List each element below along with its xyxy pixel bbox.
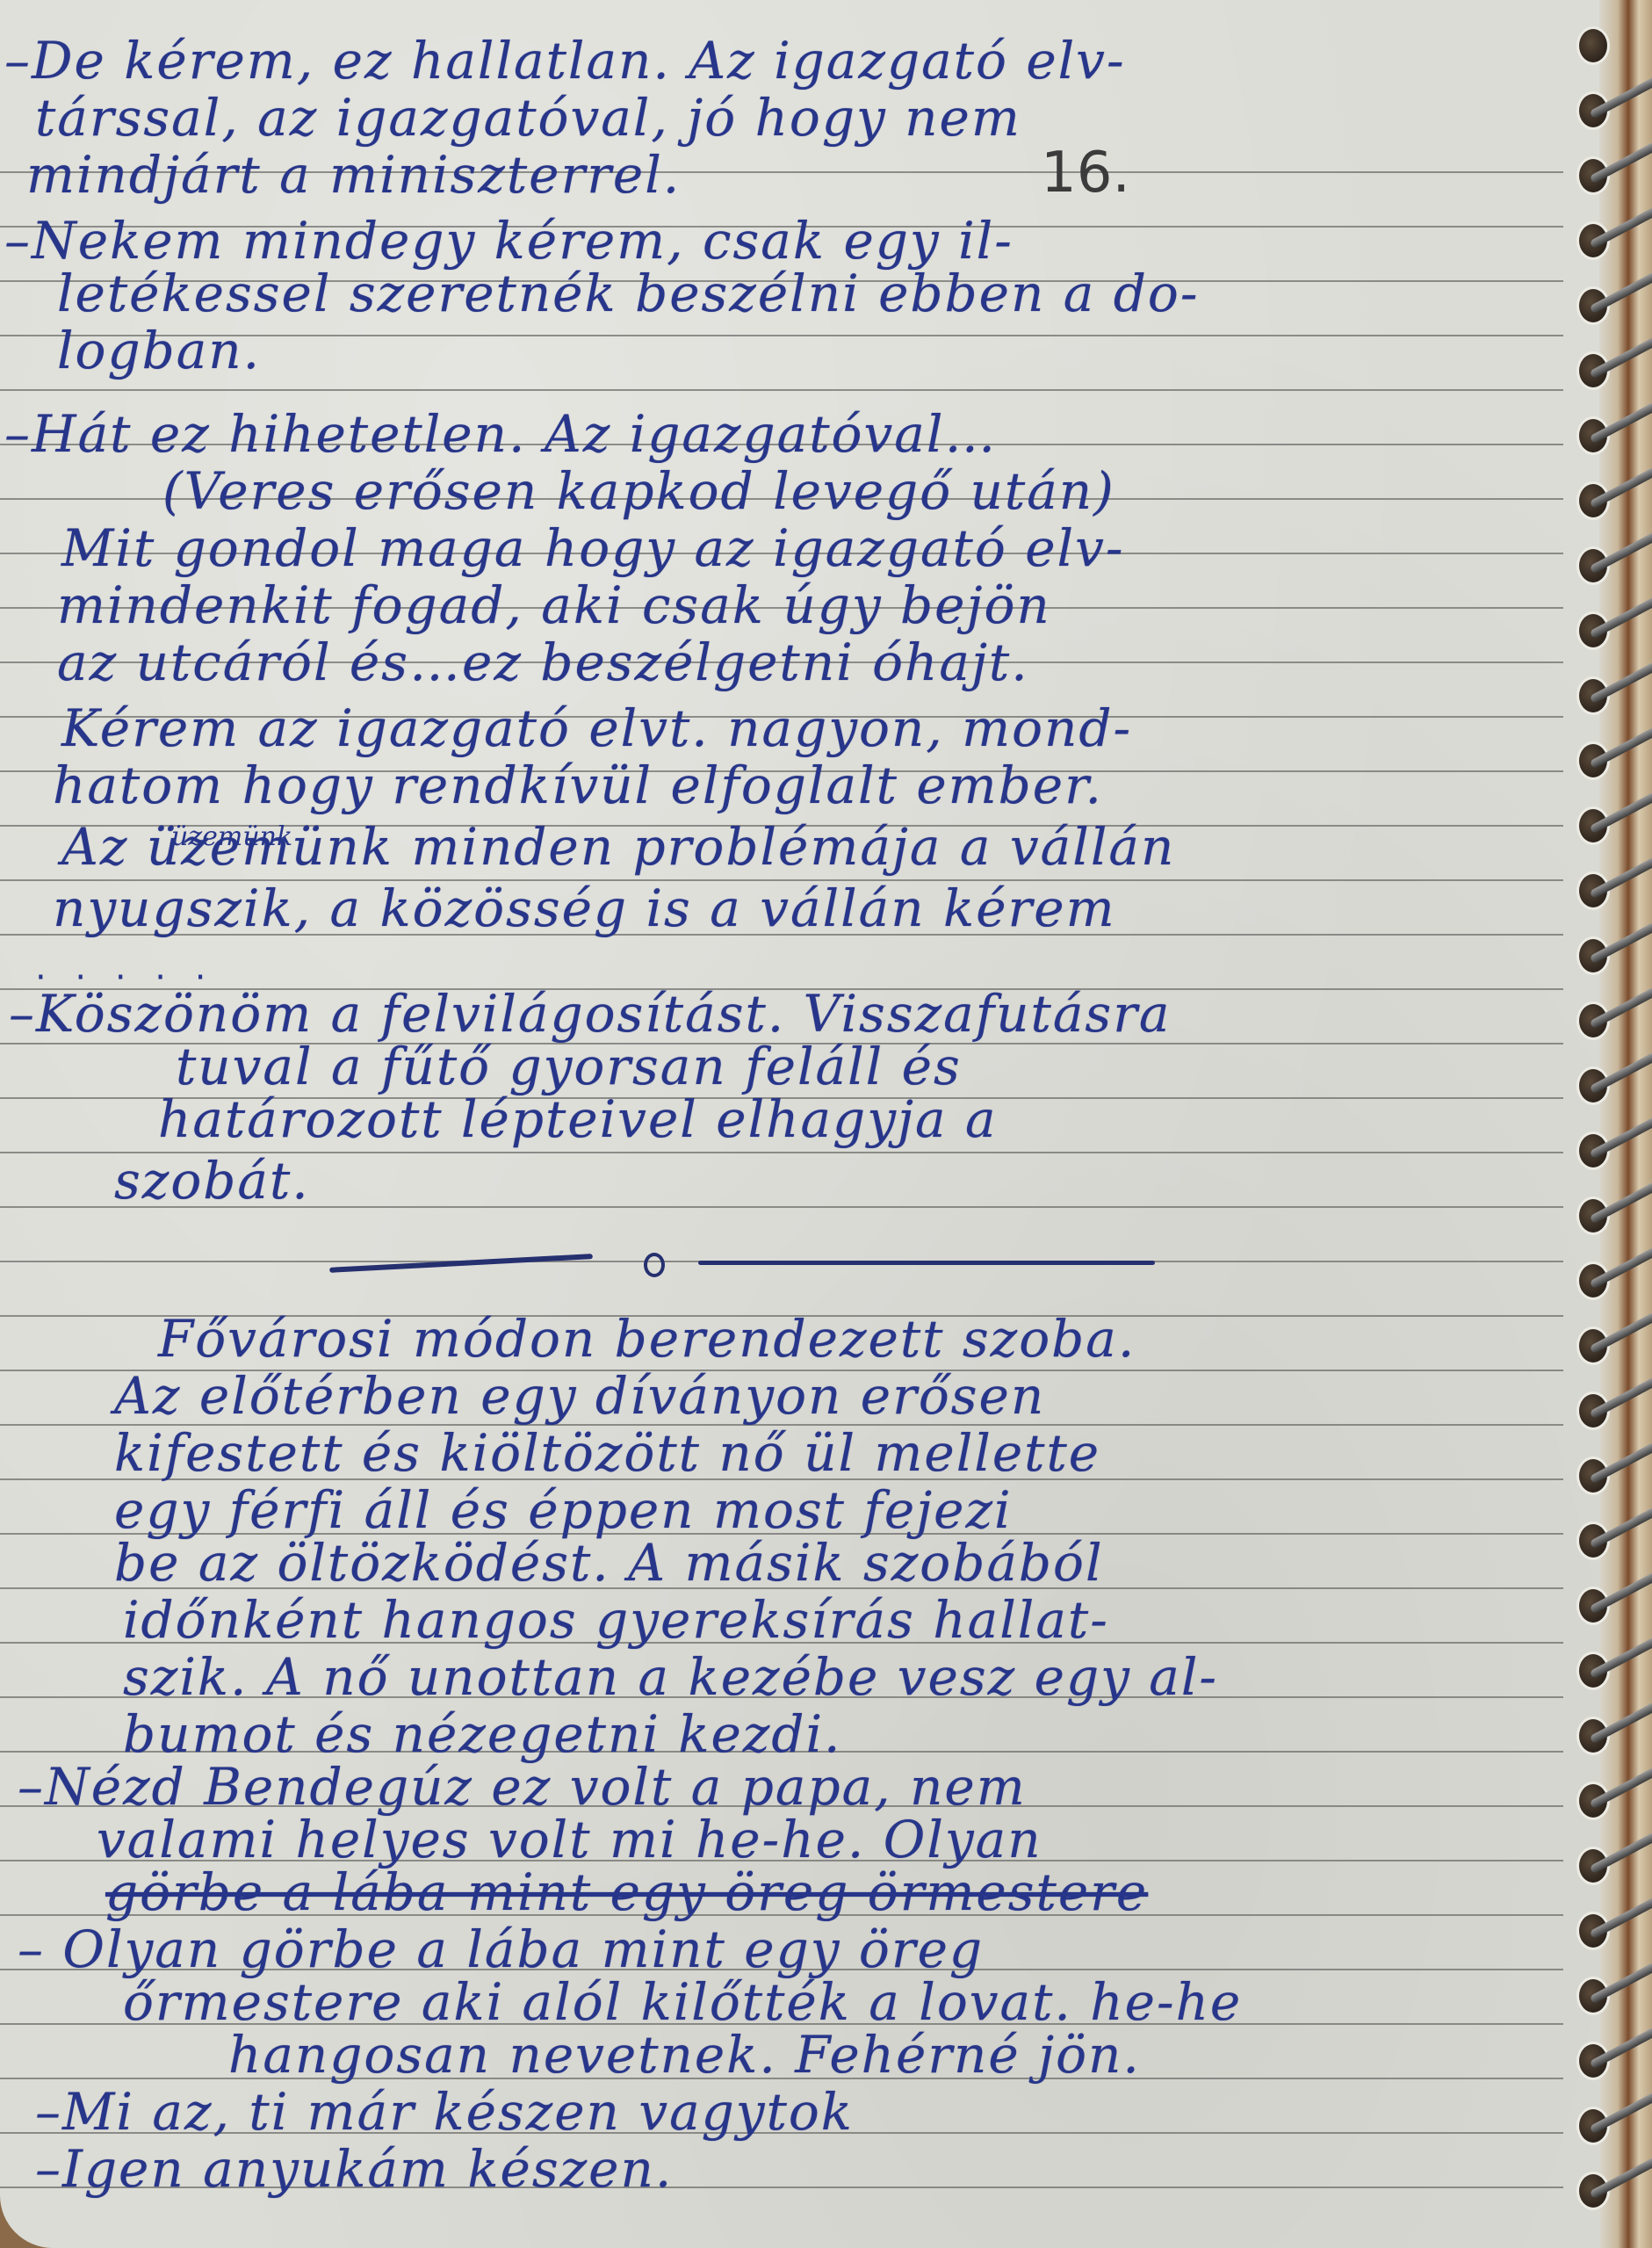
text-line: –Nekem mindegy kérem, csak egy il-: [4, 215, 1014, 266]
text-line: tuval a fűtő gyorsan feláll és: [176, 1041, 962, 1092]
text-line: Fővárosi módon berendezett szoba.: [158, 1313, 1136, 1364]
scene-separator-right: [698, 1261, 1155, 1265]
binding-hole: [1576, 26, 1610, 65]
text-line: –Mi az, ti már készen vagytok: [35, 2086, 854, 2137]
text-line: logban.: [57, 325, 261, 376]
scene-separator-dot-icon: [644, 1253, 665, 1277]
continuation-marks: · · · · ·: [35, 958, 214, 998]
ruled-line: [0, 389, 1563, 391]
text-line: szobát.: [114, 1155, 310, 1206]
struck-text-line: görbe a lába mint egy öreg örmestere: [105, 1867, 1148, 1918]
text-line: nyugszik, a közösség is a vállán kérem: [53, 883, 1116, 934]
page-number: 16.: [1041, 141, 1130, 206]
text-line: Kérem az igazgató elvt. nagyon, mond-: [61, 703, 1132, 754]
text-line: –Nézd Bendegúz ez volt a papa, nem: [18, 1761, 1027, 1812]
text-line: –Hát ez hihetetlen. Az igazgatóval…: [4, 408, 997, 459]
text-line: időnként hangos gyereksírás hallat-: [123, 1594, 1109, 1645]
text-line: mindjárt a miniszterrel.: [26, 149, 681, 200]
text-line: –De kérem, ez hallatlan. Az igazgató elv…: [4, 35, 1126, 86]
text-line: be az öltözködést. A másik szobából: [114, 1537, 1104, 1588]
text-line: mindenkit fogad, aki csak úgy bejön: [57, 580, 1051, 631]
text-line: –Igen anyukám készen.: [35, 2143, 673, 2194]
text-line: egy férfi áll és éppen most fejezi: [114, 1485, 1013, 1536]
text-line: őrmestere aki alól kilőtték a lovat. he-…: [123, 1977, 1242, 2028]
scene-separator-left: [329, 1254, 593, 1273]
text-line: határozott lépteivel elhagyja a: [158, 1094, 998, 1145]
text-line: kifestett és kiöltözött nő ül mellette: [114, 1428, 1100, 1478]
text-line: társsal, az igazgatóval, jó hogy nem: [35, 92, 1021, 143]
text-line: bumot és nézegetni kezdi.: [123, 1709, 841, 1760]
notebook-page: 16. –De kérem, ez hallatlan. Az igazgató…: [0, 0, 1607, 2248]
text-line: hangosan nevetnek. Fehérné jön.: [228, 2029, 1141, 2080]
text-line: hatom hogy rendkívül elfoglalt ember.: [53, 760, 1103, 811]
text-line: Az előtérben egy díványon erősen: [114, 1370, 1045, 1421]
interlinear-insertion: üzemünk: [171, 821, 292, 852]
text-line: szik. A nő unottan a kezébe vesz egy al-: [123, 1652, 1218, 1702]
text-line: – Olyan görbe a lába mint egy öreg: [18, 1924, 984, 1975]
text-line: Mit gondol maga hogy az igazgató elv-: [61, 523, 1124, 574]
text-line: (Veres erősen kapkod levegő után): [162, 466, 1115, 517]
text-line: az utcáról és…ez beszélgetni óhajt.: [57, 637, 1029, 688]
text-line: letékessel szeretnék beszélni ebben a do…: [57, 268, 1199, 319]
text-line: valami helyes volt mi he-he. Olyan: [97, 1814, 1042, 1865]
